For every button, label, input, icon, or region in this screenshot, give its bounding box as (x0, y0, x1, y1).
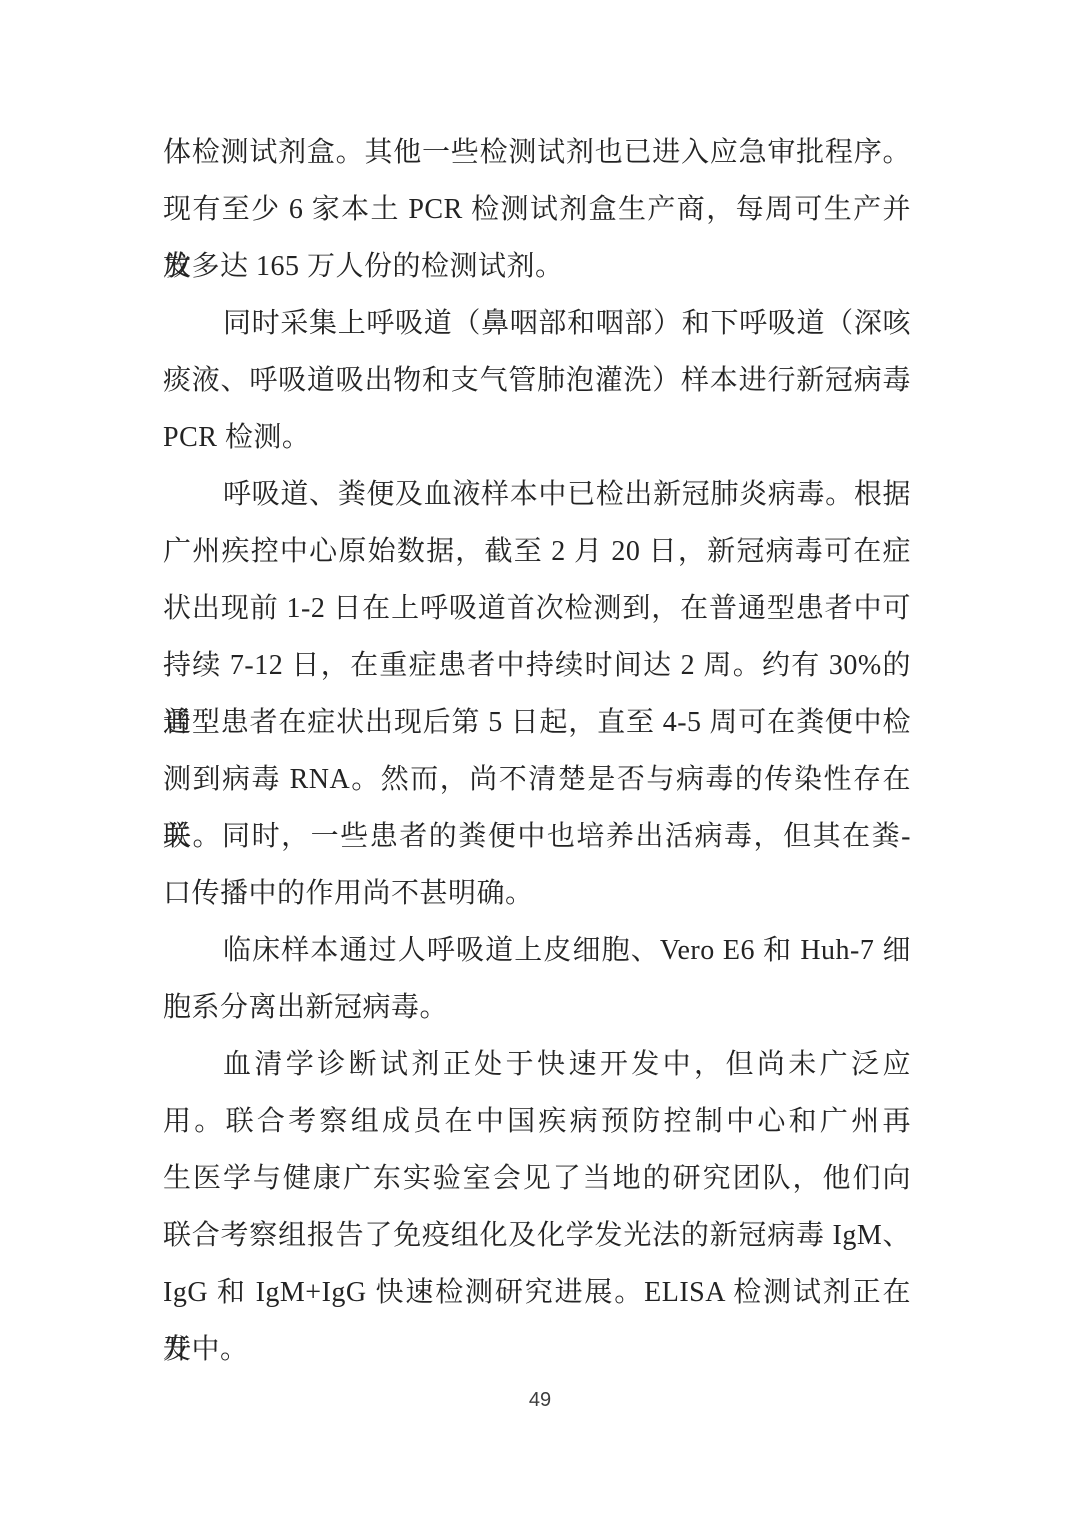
text-line: 呼吸道、粪便及血液样本中已检出新冠肺炎病毒。根据 (163, 466, 911, 523)
text-line: IgG 和 IgM+IgG 快速检测研究进展。ELISA 检测试剂正在开 (163, 1264, 911, 1321)
text-line: 联。同时，一些患者的粪便中也培养出活病毒，但其在粪- (163, 808, 911, 865)
text-line: PCR 检测。 (163, 409, 911, 466)
text-line: 用。联合考察组成员在中国疾病预防控制中心和广州再 (163, 1093, 911, 1150)
text-line: 测到病毒 RNA。然而，尚不清楚是否与病毒的传染性存在关 (163, 751, 911, 808)
text-line: 广州疾控中心原始数据，截至 2 月 20 日，新冠病毒可在症 (163, 523, 911, 580)
body-text: 体检测试剂盒。其他一些检测试剂也已进入应急审批程序。 现有至少 6 家本土 PC… (163, 124, 911, 1378)
text-line: 生医学与健康广东实验室会见了当地的研究团队，他们向 (163, 1150, 911, 1207)
text-line: 放多达 165 万人份的检测试剂。 (163, 238, 911, 295)
text-line: 胞系分离出新冠病毒。 (163, 979, 911, 1036)
text-line: 联合考察组报告了免疫组化及化学发光法的新冠病毒 IgM、 (163, 1207, 911, 1264)
text-line: 临床样本通过人呼吸道上皮细胞、Vero E6 和 Huh-7 细 (163, 922, 911, 979)
text-line: 血清学诊断试剂正处于快速开发中，但尚未广泛应 (163, 1036, 911, 1093)
text-line: 口传播中的作用尚不甚明确。 (163, 865, 911, 922)
text-line: 体检测试剂盒。其他一些检测试剂也已进入应急审批程序。 (163, 124, 911, 181)
document-page: 体检测试剂盒。其他一些检测试剂也已进入应急审批程序。 现有至少 6 家本土 PC… (0, 0, 1080, 1527)
text-line: 持续 7-12 日，在重症患者中持续时间达 2 周。约有 30%的普 (163, 637, 911, 694)
text-line: 现有至少 6 家本土 PCR 检测试剂盒生产商，每周可生产并发 (163, 181, 911, 238)
text-line: 同时采集上呼吸道（鼻咽部和咽部）和下呼吸道（深咳 (163, 295, 911, 352)
text-line: 状出现前 1-2 日在上呼吸道首次检测到，在普通型患者中可 (163, 580, 911, 637)
text-line: 痰液、呼吸道吸出物和支气管肺泡灌洗）样本进行新冠病毒 (163, 352, 911, 409)
page-number: 49 (0, 1387, 1080, 1413)
text-line: 发中。 (163, 1321, 911, 1378)
text-line: 通型患者在症状出现后第 5 日起，直至 4-5 周可在粪便中检 (163, 694, 911, 751)
